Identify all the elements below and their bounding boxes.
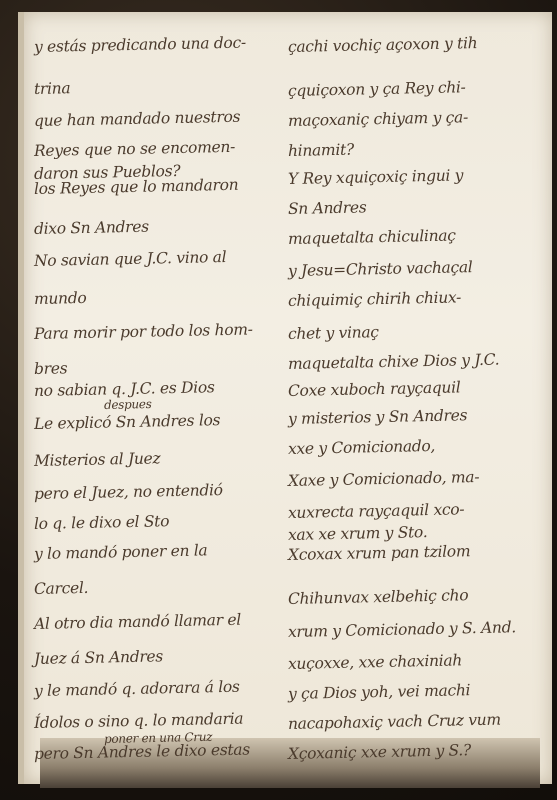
manuscript-line: y misterios y Sn Andres [288, 406, 468, 428]
manuscript-line: Xçoxaniç xxe xrum y S.? [288, 741, 471, 763]
manuscript-line: chiquimiç chirih chiux- [288, 288, 461, 310]
manuscript-line: y lo mandó poner en la [34, 541, 208, 563]
manuscript-line: Carcel. [34, 579, 89, 598]
manuscript-line: Juez á Sn Andres [34, 647, 163, 668]
manuscript-line: y ça Dios yoh, vei machi [288, 681, 471, 703]
manuscript-line: çquiçoxon y ça Rey chi- [288, 78, 466, 100]
manuscript-line: xax xe xrum y Sto. [288, 523, 428, 544]
manuscript-line: maçoxaniç chiyam y ça- [288, 108, 468, 130]
manuscript-line: dixo Sn Andres [34, 218, 149, 238]
manuscript-line: mundo [34, 289, 87, 308]
manuscript-line: Y Rey xquiçoxiç ingui y [288, 166, 464, 188]
manuscript-line: hinamit? [288, 141, 354, 160]
manuscript-line: Xcoxax xrum pan tzilom [288, 542, 471, 564]
manuscript-line: xxe y Comicionado, [288, 437, 435, 458]
manuscript-line: Misterios al Juez [34, 449, 161, 470]
manuscript-line: maquetalta chiculinaç [288, 226, 456, 248]
manuscript-line: xuçoxxe, xxe chaxiniah [288, 651, 462, 673]
manuscript-line: Chihunvax xelbehiç cho [288, 586, 469, 608]
manuscript-line: despues [104, 397, 152, 412]
manuscript-line: Coxe xuboch rayçaquil [288, 378, 461, 400]
manuscript-line: Sn Andres [288, 198, 367, 218]
manuscript-line: bres [34, 359, 68, 378]
manuscript-line: xuxrecta rayçaquil xco- [288, 500, 465, 522]
manuscript-line: trina [34, 79, 71, 98]
manuscript-line: lo q. le dixo el Sto [34, 512, 170, 533]
manuscript-line: chet y vinaç [288, 323, 379, 343]
